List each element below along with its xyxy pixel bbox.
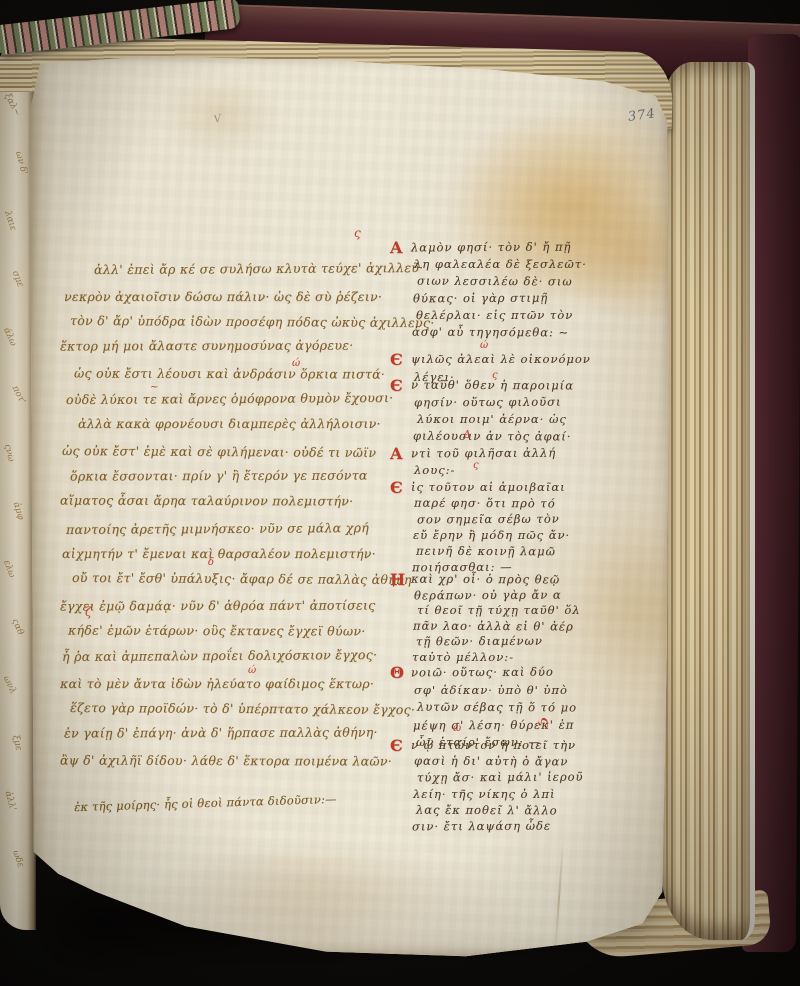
scholion-line: ν ᾧ πτώντον ἢ ποιεῖ τὴν xyxy=(411,738,576,752)
main-text-line: οὐδὲ λύκοι τε καὶ ἄρνες ὁμόφρονα θυμὸν ἔ… xyxy=(66,390,393,407)
main-text-line: αἰχμητήν τ' ἔμεναι καὶ θαρσαλέον πολεμισ… xyxy=(62,546,376,561)
facing-page-fragment: ςνω xyxy=(2,443,16,463)
facing-page-fragment: ξαλ~ xyxy=(2,92,22,118)
rubric-mark: ὠ xyxy=(453,723,461,734)
detached-final-line: ἐκ τῆς μοίρης· ἧς οἱ θεοὶ πάντα διδοῦσιν… xyxy=(74,792,337,814)
scholion-line: λους:- xyxy=(414,463,455,477)
scholion-line: φιλέουσιν ἀν τὸς ἀφαί· xyxy=(413,429,572,444)
scholion-line: ἰς τοῦτον αἱ ἀμοιβαῖαι xyxy=(411,480,566,494)
facing-page-fragment: ξμε xyxy=(10,734,23,751)
scholion-line: λύκοι ποιμ' ἀέρνα· ὡς xyxy=(417,412,567,426)
scholion-line: πᾶν λαο· ἀλλὰ εἰ θ' ἀέρ xyxy=(413,618,574,633)
scholion-line: ψιλῶς ἀλεαὶ λὲ οἰκονόμον xyxy=(411,352,591,366)
main-text-line: ἕζετο γὰρ προϊδών· τὸ δ' ὑπέρπτατο χάλκε… xyxy=(70,700,415,717)
facing-page-fragment: ἀλλ' xyxy=(2,790,17,812)
scholion-line: λας ἔκ ποθεῖ λ' ἄλλο xyxy=(416,802,558,817)
scholion-line: σον σημεῖα σέβω τὸν xyxy=(417,512,560,527)
scholion-line: ντὶ τοῦ φιλῆσαι ἀλλή xyxy=(411,446,556,461)
main-text-line: καὶ τὸ μὲν ἄντα ἰδὼν ἠλεύατο φαίδιμος ἕκ… xyxy=(60,676,374,691)
main-text-line: ἐν γαίῃ δ' ἐπάγη· ἀνὰ δ' ἥρπασε παλλὰς ἀ… xyxy=(64,725,378,741)
scholion-initial: Η xyxy=(390,570,405,589)
scholion-line: λη φαλεαλέα δὲ ξεσλεῶτ· xyxy=(414,257,587,271)
scholion-initial: Є xyxy=(390,376,403,395)
main-text-line: νεκρὸν ἀχαιοῖσιν δώσω πάλιν· ὡς δὲ σὺ ῥέ… xyxy=(64,289,382,304)
main-text-line: ὅρκια ἔσσονται· πρίν γ' ἢ ἕτερόν γε πεσό… xyxy=(70,468,368,484)
scholion-line: τῇ θεῶν· διαμένων xyxy=(416,634,543,649)
main-text-line: παντοίης ἀρετῆς μιμνήσκεο· νῦν σε μάλα χ… xyxy=(66,520,369,537)
scholion-line: σιων λεσσιλέω δὲ· σιω xyxy=(417,274,573,289)
rubric-mark: ~ xyxy=(150,382,158,393)
scholion-line: σιν· ἔτι λαψάση ὧδε xyxy=(412,819,551,834)
scholion-line: φησίν· οὕτως φιλοῦσι xyxy=(414,395,562,410)
scholion-initial: Α xyxy=(390,444,402,463)
main-text-line: ἕκτορ μή μοι ἄλαστε συνημοσύνας ἀγόρευε· xyxy=(60,338,354,354)
page-stack-fore-edge xyxy=(662,62,755,940)
facing-page-fragment: άλω xyxy=(1,326,18,348)
scholion-line: σφ' ἀδίκαν· ὑπὸ θ' ὑπὸ xyxy=(414,683,568,697)
manuscript-page: 374 V ἀλλ' ἐπεὶ ἄρ κέ σε συλήσω κλυτὰ τε… xyxy=(26,52,670,958)
main-text-line: ἦ ῥα καὶ ἀμπεπαλὼν προΐει δολιχόσκιον ἔγ… xyxy=(62,647,377,664)
scholion-line: λυτῶν σέβας τῇ ὅ τό μο xyxy=(417,700,577,715)
main-text-line: ἀλλὰ κακὰ φρονέουσι διαμπερὲς ἀλλήλοισιν… xyxy=(78,416,381,431)
rubric-mark: ς xyxy=(537,716,553,729)
facing-page-fragment: ελω xyxy=(1,559,17,579)
main-text-line: ἔγχει ἐμῷ δαμάᾳ· νῦν δ' ἀθρόα πάντ' ἀποτ… xyxy=(60,598,375,614)
scholion-initial: Є xyxy=(390,736,403,755)
main-text-line: τὸν δ' ἄρ' ὑπόδρα ἰδὼν προσέφη πόδας ὠκὺ… xyxy=(70,312,435,329)
facing-page-fragment: ποτ' xyxy=(10,384,27,405)
scholion-line: παρέ φησ· ὅτι πρὸ τό xyxy=(414,496,556,511)
rubric-mark: ς xyxy=(354,226,361,240)
scholion-line: νοιῶ· οὕτως· καὶ δύο xyxy=(411,665,554,680)
scholion-initial: Є xyxy=(390,350,403,369)
main-text-line: ἀλλ' ἐπεὶ ἄρ κέ σε συλήσω κλυτὰ τεύχε' ἀ… xyxy=(94,260,423,277)
scholion-line: θελέρλαι· εἰς πτῶν τὸν xyxy=(416,308,573,322)
rubric-mark: Δ xyxy=(463,428,471,441)
facing-page-fragment: ωδε xyxy=(10,849,25,869)
scholion-initial: Θ xyxy=(390,663,404,682)
scholion-line: πεινῆ δὲ κοινῇ λαμῶ xyxy=(416,544,556,559)
main-text-line: οὔ τοι ἔτ' ἔσθ' ὑπάλυξις· ἄφαρ δέ σε παλ… xyxy=(72,570,412,587)
scholion-line: εὔ ἔρην ἢ μόδη πῶς ἄν· xyxy=(413,528,570,542)
facing-page-fragment: λαιε xyxy=(2,210,18,232)
photo-backdrop: ξαλ~ων δ'λαιεσμεάλωποτ'ςνωἀμφελωςαθωνλξμ… xyxy=(0,0,800,986)
scholion-line: καὶ χρ' οἷ· ὁ πρὸς θεῷ xyxy=(411,572,560,587)
rubric-mark: δ xyxy=(208,557,214,568)
main-text-line: αἵματος ἆσαι ἄρηα ταλαύρινον πολεμιστήν· xyxy=(60,493,354,509)
scholion-line: ταὐτὸ μέλλον:- xyxy=(412,650,514,664)
parchment-stain xyxy=(176,842,456,932)
rubric-mark: ώ xyxy=(480,340,488,351)
facing-page-fragment: ςαθ xyxy=(9,617,25,636)
scholion-line: τί θεοῖ τῇ τύχῃ ταῦθ' ὅλ xyxy=(417,603,581,617)
scholion-line: θεράπων· οὐ γὰρ ἄν α xyxy=(414,587,562,602)
facing-page-fragment: ων δ' xyxy=(13,150,29,175)
scholion-line: λείη· τῆς νίκης ὁ λπὶ xyxy=(413,787,555,801)
main-text-line: ὡς οὐκ ἔστ' ἐμὲ καὶ σὲ φιλήμεναι· οὐδέ τ… xyxy=(62,443,376,460)
rubric-mark: ζ xyxy=(85,605,92,619)
scholion-line: θύκας· οἱ γὰρ στιμῇ xyxy=(413,291,548,306)
scholion-line: τύχῃ ἄσ· καὶ μάλι' ἱεροῦ xyxy=(417,770,584,785)
facing-page-fragment: ωνλ xyxy=(1,674,18,695)
main-text-line: κήδε' ἐμῶν ἑτάρων· οὓς ἔκτανες ἔγχεϊ θύω… xyxy=(68,623,366,639)
scholion-initial: Є xyxy=(390,478,403,497)
rubric-mark: ώ xyxy=(248,665,256,676)
scholion-line: λαμὸν φησί· τὸν δ' ἤ πῇ xyxy=(411,240,571,255)
pencil-mark: V xyxy=(213,113,222,125)
rubric-mark: ς xyxy=(473,460,479,471)
scholion-initial: Α xyxy=(390,238,402,257)
scholion-line: φασὶ ἡ δι' αὐτὴ ὁ ἄγαν xyxy=(414,754,568,769)
main-text-line: ἂψ δ' ἀχιλῆϊ δίδου· λάθε δ' ἕκτορα ποιμέ… xyxy=(60,753,392,769)
facing-page-fragment: σμε xyxy=(10,269,25,288)
rubric-mark: ώ xyxy=(292,358,300,369)
parchment-crease xyxy=(554,842,564,954)
scholion-line: ἀσφ' αὖ τηγησόμεθα: ~ xyxy=(412,325,569,340)
folio-number: 374 xyxy=(627,106,657,125)
rubric-mark: ς xyxy=(492,370,498,381)
main-text-line: ὡς οὐκ ἔστι λέουσι καὶ ἀνδράσιν ὅρκια πι… xyxy=(74,366,385,382)
facing-page-fragment: ἀμφ xyxy=(11,501,26,521)
